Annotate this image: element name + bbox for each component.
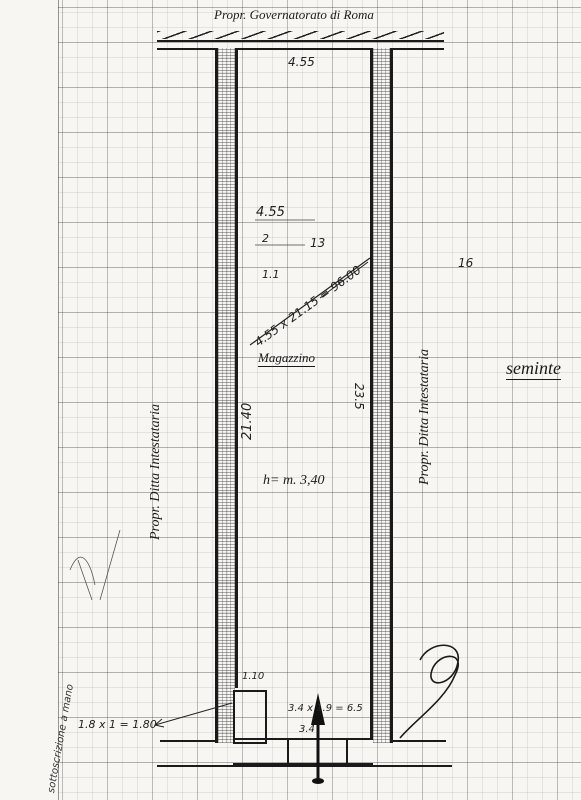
top-dimension: 4.55 [288,55,315,69]
bottom-left-calc: 1.8 x 1 = 1.80 [78,718,157,731]
left-neighbor-label: Propr. Ditta Intestataria [148,404,164,540]
floor-plan-sheet: Propr. Governatorato di Roma [0,0,581,800]
right-dimension: 23.5 [352,383,366,410]
left-dimension: 21.40 [240,403,255,440]
entrance-width: 3.4 [299,724,315,735]
drawing-annotations [0,0,581,800]
area-note-2: 2 [262,232,269,245]
entrance-calc: 3.4 x 1.9 = 6.5 [288,703,363,714]
side-label: seminte [506,358,561,380]
right-neighbor-label: Propr. Ditta Intestataria [417,349,433,485]
area-note-4: 1.1 [262,268,280,281]
room-name: Magazzino [258,350,315,367]
sheet-number-small: 16 [458,256,473,270]
room-height: h= m. 3,40 [263,473,325,489]
area-note-1: 4.55 [256,205,285,220]
entrance-dim: 1.10 [242,671,264,682]
area-note-3: 13 [310,236,325,250]
